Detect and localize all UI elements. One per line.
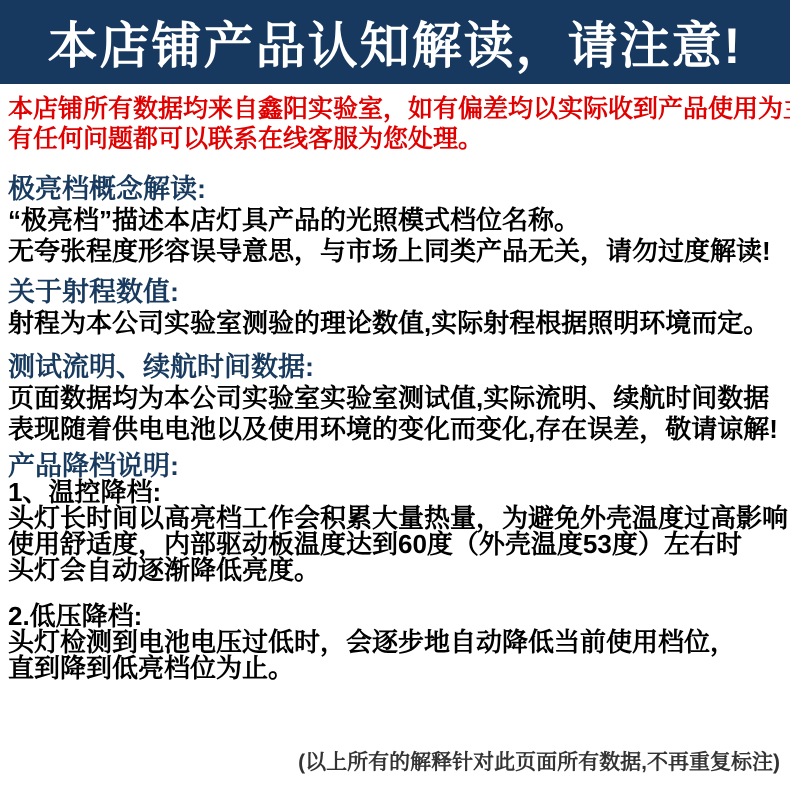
stepdown-thermal-line-2: 使用舒适度，内部驱动板温度达到60度（外壳温度53度）左右时 (8, 531, 784, 557)
section-stepdown: 产品降档说明: 1、温控降档: 头灯长时间以高亮档工作会积累大量热量，为避免外壳… (8, 453, 784, 681)
section-beam-distance: 关于射程数值: 射程为本公司实验室测验的理论数值,实际射程根据照明环境而定。 (8, 277, 784, 339)
footer-note: (以上所有的解释针对此页面所有数据,不再重复标注) (298, 750, 780, 776)
stepdown-lowvoltage-line-1: 头灯检测到电池电压过低时，会逐步地自动降低当前使用档位， (8, 629, 784, 655)
page: 本店铺产品认知解读，请注意! 本店铺所有数据均来自鑫阳实验室，如有偏差均以实际收… (0, 0, 790, 800)
lab-data-notice: 本店铺所有数据均来自鑫阳实验室，如有偏差均以实际收到产品使用为主 有任何问题都可… (8, 94, 784, 154)
section-brightness-mode: 极亮档概念解读: “极亮档”描述本店灯具产品的光照模式档位名称。 无夸张程度形容… (8, 174, 784, 267)
stepdown-lowvoltage-line-2: 直到降到低亮档位为止。 (8, 655, 784, 681)
section-brightness-mode-heading: 极亮档概念解读: (8, 174, 784, 205)
section-beam-distance-heading: 关于射程数值: (8, 277, 784, 308)
stepdown-thermal-line-1: 头灯长时间以高亮档工作会积累大量热量，为避免外壳温度过高影响 (8, 505, 784, 531)
section-lumen-runtime-heading: 测试流明、续航时间数据: (8, 352, 784, 383)
section-lumen-runtime-line-2: 表现随着供电电池以及使用环境的变化而变化,存在误差，敬请谅解! (8, 414, 784, 445)
stepdown-thermal-title: 1、温控降档: (8, 479, 784, 505)
content: 本店铺所有数据均来自鑫阳实验室，如有偏差均以实际收到产品使用为主 有任何问题都可… (0, 94, 790, 681)
section-beam-distance-line-1: 射程为本公司实验室测验的理论数值,实际射程根据照明环境而定。 (8, 308, 784, 339)
notice-line-2: 有任何问题都可以联系在线客服为您处理。 (8, 124, 784, 154)
banner: 本店铺产品认知解读，请注意! (0, 0, 790, 84)
section-brightness-mode-line-2: 无夸张程度形容误导意思，与市场上同类产品无关，请勿过度解读! (8, 236, 784, 267)
stepdown-thermal-line-3: 头灯会自动逐渐降低亮度。 (8, 557, 784, 583)
section-lumen-runtime-line-1: 页面数据均为本公司实验室实验室测试值,实际流明、续航时间数据 (8, 383, 784, 414)
stepdown-lowvoltage-title: 2.低压降档: (8, 603, 784, 629)
section-brightness-mode-line-1: “极亮档”描述本店灯具产品的光照模式档位名称。 (8, 205, 784, 236)
banner-title: 本店铺产品认知解读，请注意! (48, 6, 743, 78)
notice-line-1: 本店铺所有数据均来自鑫阳实验室，如有偏差均以实际收到产品使用为主 (8, 94, 784, 124)
section-stepdown-heading: 产品降档说明: (8, 453, 784, 479)
section-lumen-runtime: 测试流明、续航时间数据: 页面数据均为本公司实验室实验室测试值,实际流明、续航时… (8, 352, 784, 445)
